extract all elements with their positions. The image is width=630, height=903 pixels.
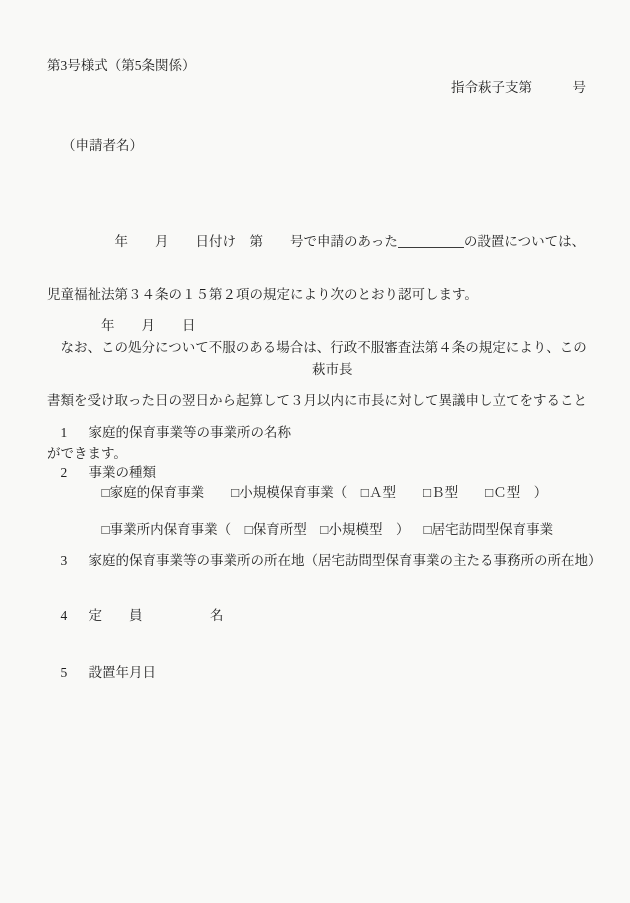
item-number: 2 xyxy=(61,462,89,483)
applicant-name-label: （申請者名） xyxy=(62,135,143,156)
checkbox-row-2: □事業所内保育事業（ □保育所型 □小規模型 ）□居宅訪問型保育事業 xyxy=(88,498,553,519)
body-line-2: 児童福祉法第３４条の１５第２項の規定により次のとおり認可します。 xyxy=(47,284,587,305)
item-number: 3 xyxy=(61,550,89,571)
form-number-label: 第3号様式（第5条関係） xyxy=(47,55,196,76)
approval-date-line: 年 月 日 xyxy=(47,315,196,336)
item-label: 家庭的保育事業等の事業所の名称 xyxy=(89,425,292,440)
item-row-establishment-date: 5設置年月日 xyxy=(47,641,156,662)
body-line1-date-text: 年 月 日付け 第 号で申請のあった xyxy=(47,234,398,249)
item-number: 4 xyxy=(61,605,89,626)
item-number: 5 xyxy=(61,662,89,683)
document-page: 第3号様式（第5条関係） 指令萩子支第 号 （申請者名） 年 月 日付け 第 号… xyxy=(0,0,630,903)
mayor-signature: 萩市長 xyxy=(312,359,353,380)
body-line-1: 年 月 日付け 第 号で申請のあったの設置については、 xyxy=(47,231,587,252)
item-label: 設置年月日 xyxy=(89,665,157,680)
item-label: 家庭的保育事業等の事業所の所在地（居宅訪問型保育事業の主たる事務所の所在地） xyxy=(89,553,602,568)
item-label: 定 員 名 xyxy=(89,608,224,623)
checkbox-row-1: □家庭的保育事業□小規模保育事業（ □Ａ型 □Ｂ型 □Ｃ型 ） xyxy=(88,461,547,482)
item-row-capacity: 4定 員 名 xyxy=(47,584,224,605)
item-row-business-type: 2事業の種類 xyxy=(47,441,156,462)
facility-name-blank-underline xyxy=(398,235,464,248)
item-row-facility-name: 1家庭的保育事業等の事業所の名称 xyxy=(47,401,291,422)
document-number: 指令萩子支第 号 xyxy=(451,77,586,98)
item-number: 1 xyxy=(61,422,89,443)
body-line-3: なお、この処分について不服のある場合は、行政不服審査法第４条の規定により、この xyxy=(47,337,587,358)
item-row-facility-address: 3家庭的保育事業等の事業所の所在地（居宅訪問型保育事業の主たる事務所の所在地） xyxy=(47,529,602,550)
body-line1-after-text: の設置については、 xyxy=(464,234,585,249)
